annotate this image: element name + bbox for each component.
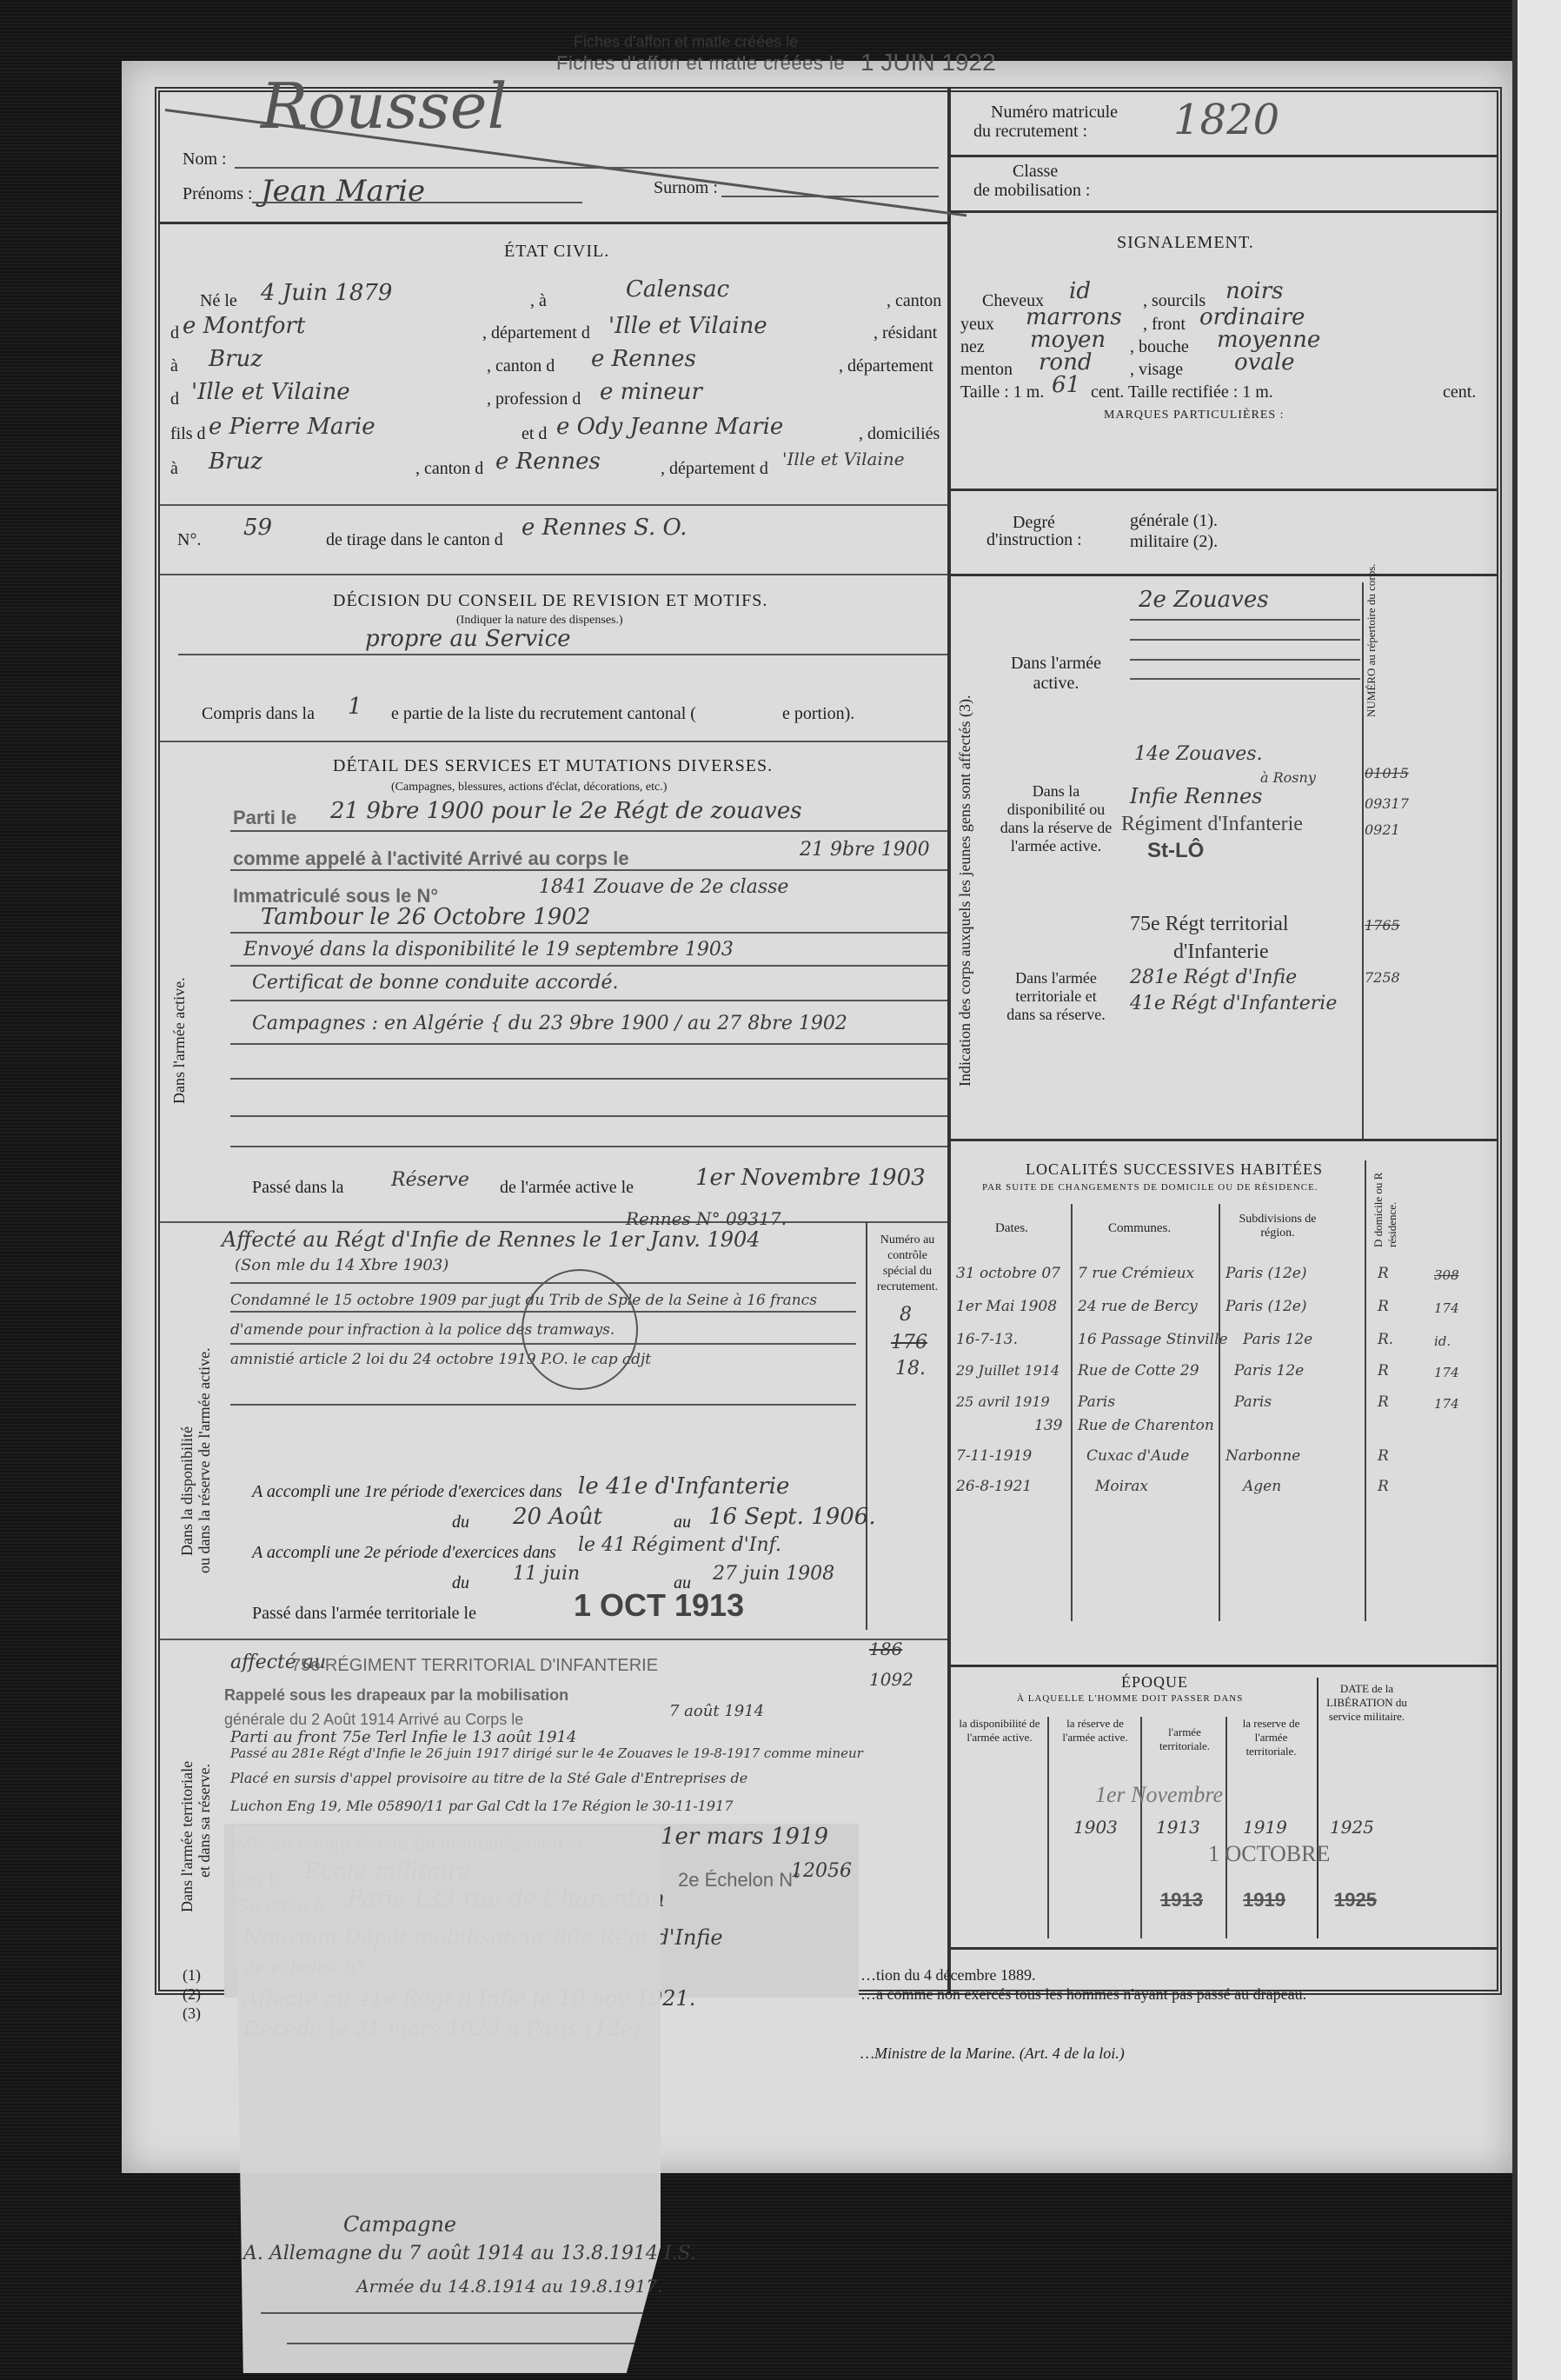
periode2-unit: le 41 Régiment d'Inf.	[578, 1534, 781, 1556]
disponibilite-side-label-1: Dans la disponibilité	[178, 1243, 196, 1556]
disponibilite-side-label-2: ou dans la réserve de l'armée active.	[196, 1226, 214, 1573]
residence-departement-label: , département	[839, 356, 933, 376]
prenoms-line	[252, 202, 582, 203]
loc-row-2-date: 1er Mai 1908	[956, 1298, 1057, 1315]
corps-terr-entry-3: 281e Régt d'Infie	[1130, 967, 1297, 988]
services-side-label: Dans l'armée active.	[170, 878, 189, 1104]
ruled-line	[1130, 678, 1360, 680]
ruled-line	[230, 1000, 947, 1001]
terr-line-3-hand: 7 août 1914	[669, 1702, 764, 1720]
controle-value-3: 18.	[895, 1358, 926, 1379]
ruled-line	[230, 932, 947, 934]
col-divider	[1140, 1717, 1142, 1938]
services-line-2-hand: 21 9bre 1900	[800, 839, 930, 861]
periode2-du: 11 juin	[513, 1563, 580, 1585]
footnote-line-3: …Ministre de la Marine. (Art. 4 de la lo…	[860, 2044, 1125, 2063]
territoriale-side-label-2: et dans sa réserve.	[196, 1704, 214, 1878]
services-line-6-hand: Certificat de bonne conduite accordé.	[252, 972, 618, 994]
territoriale-label: Passé dans l'armée territoriale le	[252, 1604, 476, 1624]
birth-date: 4 Juin 1879	[261, 280, 392, 306]
loc-row-5-subdivision: Paris	[1234, 1393, 1272, 1411]
services-line-5-hand: Envoyé dans la disponibilité le 19 septe…	[243, 939, 734, 961]
canton-label: , canton	[887, 291, 941, 311]
adjacent-page-edge	[1512, 0, 1561, 2380]
residence-a-label: à	[170, 356, 178, 376]
loc-row-3-commune: 16 Passage Stinville	[1078, 1331, 1228, 1348]
classe-label-2: de mobilisation :	[973, 181, 1090, 201]
column-divider	[947, 87, 951, 1995]
profession-label: , profession d	[487, 389, 581, 409]
section-divider	[160, 1639, 947, 1640]
corps-dispo-entry-2: Infie Rennes	[1130, 784, 1262, 808]
compris-label: Compris dans la	[202, 704, 315, 724]
epoque-col-2: la réserve de l'armée active.	[1052, 1717, 1139, 1745]
loc-row-6-commune: Rue de Charenton	[1078, 1417, 1214, 1434]
yeux-label: yeux	[960, 315, 994, 335]
profession-value: e mineur	[600, 379, 702, 405]
liberation-header: DATE de la LIBÉRATION du service militai…	[1325, 1682, 1408, 1724]
territoriale-stamp: 1 OCT 1913	[574, 1587, 744, 1624]
epoque-year-territoriale: 1913	[1156, 1817, 1200, 1838]
loc-row-1-subdivision: Paris (12e)	[1226, 1265, 1306, 1282]
section-divider	[951, 1139, 1497, 1141]
loc-row-3-margin: id.	[1434, 1333, 1451, 1349]
domicilies-label: , domiciliés	[859, 424, 940, 444]
loc-row-8-commune: Moirax	[1095, 1478, 1148, 1495]
father-name: e Pierre Marie	[209, 414, 375, 440]
epoque-col-4: la reserve de l'armée territoriale.	[1230, 1717, 1312, 1758]
stamp-text: Fiches d'affon et matle créées le	[556, 52, 845, 75]
loc-row-4-commune: Rue de Cotte 29	[1078, 1362, 1199, 1379]
epoque-year-reserve: 1903	[1073, 1817, 1118, 1838]
footnote-marker-2: (2)	[183, 1985, 201, 2004]
matricule-label-1: Numéro matricule	[991, 103, 1118, 123]
periode1-au: 16 Sept. 1906.	[708, 1504, 876, 1530]
services-line-3-hand: 1841 Zouave de 2e classe	[539, 876, 788, 898]
section-divider	[951, 489, 1497, 491]
col-divider	[1071, 1204, 1073, 1621]
periode2-au: 27 juin 1908	[713, 1563, 834, 1585]
a-label: , à	[530, 291, 547, 311]
loc-row-2-commune: 24 rue de Bercy	[1078, 1298, 1198, 1315]
surnom-line	[721, 196, 939, 197]
loc-row-3-date: 16-7-13.	[956, 1331, 1018, 1348]
tirage-label: de tirage dans le canton d	[326, 530, 503, 550]
localites-title: LOCALITÉS SUCCESSIVES HABITÉES	[1026, 1160, 1323, 1179]
round-official-stamp	[521, 1269, 638, 1390]
loc-row-7-dr: R	[1378, 1447, 1389, 1465]
loc-row-8-date: 26-8-1921	[956, 1478, 1032, 1495]
campaign-note-heading: Campagne	[343, 2212, 456, 2237]
ruled-line	[230, 1404, 856, 1406]
col-divider	[1365, 1160, 1366, 1621]
compris-suffix: e partie de la liste du recrutement cant…	[391, 704, 696, 724]
residant-label: , résidant	[873, 323, 937, 343]
terr-line-3-printed: générale du 2 Août 1914 Arrivé au Corps …	[224, 1711, 523, 1729]
terr-line-6: Placé en sursis d'appel provisoire au ti…	[230, 1770, 747, 1786]
campaign-note-line-2: Armée du 14.8.1914 au 19.8.1917.	[356, 2276, 663, 2297]
epoque-title: ÉPOQUE	[1121, 1673, 1188, 1692]
visage-value: ovale	[1234, 349, 1295, 376]
echelon-label: 2e Échelon N°	[678, 1869, 800, 1891]
sourcils-value: noirs	[1226, 278, 1284, 304]
loc-row-2-margin: 174	[1434, 1300, 1459, 1316]
disponibilite-line-2: (Son mle du 14 Xbre 1903)	[235, 1256, 448, 1274]
generale-label: générale (1).	[1130, 511, 1218, 531]
loc-row-4-date: 29 Juillet 1914	[956, 1362, 1059, 1379]
matricule-number: 1820	[1173, 96, 1279, 144]
fiche-creation-stamp: Fiches d'affon et matle créées le Fiches…	[521, 43, 1130, 78]
col-divider	[1317, 1678, 1319, 1938]
epoque-year-liberation: 1925	[1330, 1817, 1374, 1838]
corps-terr-number-1: 1765	[1365, 917, 1400, 934]
passe-suffix: de l'armée active le	[500, 1178, 634, 1198]
stamped-year-territoriale: 1913	[1160, 1889, 1203, 1911]
stamp-date: 1 JUIN 1922	[860, 49, 996, 76]
passe-label: Passé dans la	[252, 1178, 344, 1198]
militaire-label: militaire (2).	[1130, 532, 1218, 552]
corps-section-active-label: Dans l'armée active.	[1000, 654, 1113, 694]
services-line-2-printed: comme appelé à l'activité Arrivé au corp…	[233, 848, 629, 870]
birth-place: Calensac	[626, 276, 729, 302]
front-label: , front	[1143, 315, 1186, 335]
section-divider	[951, 574, 1497, 576]
terr-line-4: Parti au front 75e Terl Infie le 13 août…	[230, 1728, 576, 1746]
loc-row-7-date: 7-11-1919	[956, 1447, 1032, 1465]
loc-row-2-dr: R	[1378, 1298, 1389, 1315]
section-divider	[160, 1221, 947, 1223]
corps-dispo-entry-3: à Rosny	[1260, 769, 1316, 786]
epoque-col-1: la disponibilité de l'armée active.	[956, 1717, 1043, 1745]
loc-row-7-subdivision: Narbonne	[1226, 1447, 1300, 1465]
ruled-line	[230, 830, 947, 832]
loc-row-1-commune: 7 rue Crémieux	[1078, 1265, 1194, 1282]
prenoms-value: Jean Marie	[261, 174, 425, 209]
localites-col-subdivisions: Subdivisions de région.	[1234, 1213, 1321, 1240]
corps-dispo-entry-4: Régiment d'Infanterie	[1121, 813, 1303, 836]
corps-terr-entry-4: 41e Régt d'Infanterie	[1130, 993, 1337, 1014]
loc-row-5-date: 25 avril 1919	[956, 1393, 1050, 1410]
residence-canton: e Rennes	[591, 346, 696, 372]
corps-section-terr-label: Dans l'armée territoriale et dans sa rés…	[1000, 969, 1113, 1024]
ne-le-label: Né le	[200, 291, 237, 311]
matricule-label-2: du recrutement :	[973, 122, 1087, 142]
section-divider	[951, 155, 1497, 157]
loc-row-1-dr: R	[1378, 1265, 1389, 1282]
section-divider	[951, 1665, 1497, 1667]
classe-label-1: Classe	[1013, 162, 1058, 182]
ruled-line	[1130, 619, 1360, 621]
periode1-label: A accompli une 1re période d'exercices d…	[252, 1482, 562, 1502]
visage-label: , visage	[1130, 360, 1183, 380]
loc-row-8-subdivision: Agen	[1243, 1478, 1281, 1495]
signalement-title: SIGNALEMENT.	[1117, 233, 1254, 253]
corps-active-entry-1: 2e Zouaves	[1139, 587, 1269, 613]
epoque-stamp-octobre: 1 OCTOBRE	[1208, 1841, 1330, 1867]
section-divider	[160, 504, 947, 506]
corps-dispo-number-2: 09317	[1365, 795, 1409, 812]
residence-departement: 'Ille et Vilaine	[191, 379, 350, 405]
territoriale-side-label-1: Dans l'armée territoriale	[178, 1669, 196, 1912]
parents-a-label: à	[170, 459, 178, 479]
loc-row-1-date: 31 octobre 07	[956, 1265, 1060, 1282]
ruled-line	[1130, 639, 1360, 641]
taille-label: Taille : 1 m.	[960, 382, 1044, 402]
epoque-col-3: l'armée territoriale.	[1146, 1725, 1224, 1753]
section-divider	[951, 210, 1497, 213]
periode1-du: 20 Août	[513, 1504, 602, 1530]
portion-suffix: e portion).	[782, 704, 854, 724]
section-divider	[160, 741, 947, 742]
instruction-label-2: d'instruction :	[986, 530, 1082, 550]
loc-row-3-dr: R.	[1378, 1331, 1393, 1348]
decision-line	[178, 654, 947, 655]
terr-line-1-printed: 75e RÉGIMENT TERRITORIAL D'INFANTERIE	[291, 1656, 658, 1676]
corps-terr-entry-1: 75e Régt territorial	[1130, 913, 1289, 936]
parents-departement: 'Ille et Vilaine	[782, 449, 905, 469]
residence-canton-label: , canton d	[487, 356, 555, 376]
terr-line-5: Passé au 281e Régt d'Infie le 26 juin 19…	[230, 1745, 863, 1761]
loc-row-4-margin: 174	[1434, 1365, 1459, 1380]
periode2-du-label: du	[452, 1573, 469, 1593]
conseil-title: DÉCISION DU CONSEIL DE REVISION ET MOTIF…	[333, 591, 767, 611]
ruled-line	[230, 1043, 947, 1045]
controle-header: Numéro au contrôle spécial du recrutemen…	[869, 1233, 946, 1295]
col-divider	[1047, 1717, 1049, 1938]
terr-line-2-printed: Rappelé sous les drapeaux par la mobilis…	[224, 1686, 568, 1705]
col-divider	[1219, 1204, 1220, 1621]
note-ruled-line	[261, 2312, 643, 2314]
loc-row-5-margin: 174	[1434, 1396, 1459, 1412]
mother-name: e Ody Jeanne Marie	[556, 414, 783, 440]
bouche-label: , bouche	[1130, 337, 1189, 357]
d-label: d	[170, 323, 179, 343]
passe-date: 1er Novembre 1903	[695, 1165, 926, 1191]
terr-number-1: 186	[869, 1639, 902, 1659]
loc-row-6-date: 139	[1034, 1417, 1062, 1434]
departement-label: , département d	[482, 323, 590, 343]
demob-date: 1er mars 1919	[661, 1824, 828, 1850]
corps-side-label: Indication des corps auxquels les jeunes…	[956, 600, 974, 1087]
loc-row-4-subdivision: Paris 12e	[1234, 1362, 1304, 1379]
terr-line-7: Luchon Eng 19, Mle 05890/11 par Gal Cdt …	[230, 1798, 733, 1814]
stamped-year-reserve-territoriale: 1919	[1243, 1889, 1285, 1911]
footnote-marker-1: (1)	[183, 1966, 201, 1984]
parents-departement-label: , département d	[661, 459, 768, 479]
col-divider	[1226, 1717, 1227, 1938]
birth-canton: e Montfort	[183, 313, 305, 339]
prenoms-label: Prénoms :	[183, 184, 253, 204]
birth-departement: 'Ille et Vilaine	[608, 313, 767, 339]
taille-rectifiee-label: cent. Taille rectifiée : 1 m.	[1091, 382, 1273, 402]
etat-civil-title: ÉTAT CIVIL.	[504, 242, 609, 262]
menton-label: menton	[960, 360, 1013, 380]
faint-stamp-text: Fiches d'affon et matle créées le	[574, 33, 798, 51]
loc-row-2-subdivision: Paris (12e)	[1226, 1298, 1306, 1315]
controle-value-1: 8	[900, 1304, 912, 1326]
section-divider	[160, 574, 947, 575]
services-title: DÉTAIL DES SERVICES ET MUTATIONS DIVERSE…	[333, 756, 773, 776]
loc-row-5-dr: R	[1378, 1393, 1389, 1411]
footnote-marker-3: (3)	[183, 2004, 201, 2023]
taille-value: 61	[1052, 372, 1080, 398]
corps-terr-entry-2: d'Infanterie	[1173, 941, 1269, 964]
surnom-label: Surnom :	[654, 178, 718, 198]
tirage-number: 59	[243, 515, 272, 541]
services-line-1-hand: 21 9bre 1900 pour le 2e Régt de zouaves	[330, 798, 802, 824]
residence-value: Bruz	[209, 346, 262, 372]
fils-label: fils d	[170, 424, 206, 444]
localites-col-dr: D domicile ou R résidence.	[1372, 1160, 1406, 1247]
ruled-line	[230, 1146, 947, 1147]
periode1-au-label: au	[674, 1512, 691, 1532]
note-ruled-line	[287, 2343, 634, 2344]
nez-label: nez	[960, 337, 985, 357]
corps-dispo-entry-1: 14e Zouaves.	[1134, 743, 1263, 765]
corps-dispo-number-3: 0921	[1365, 821, 1400, 838]
localites-subtitle: PAR SUITE DE CHANGEMENTS DE DOMICILE OU …	[982, 1182, 1319, 1193]
epoque-stamp-month: 1er Novembre	[1095, 1782, 1223, 1808]
residence-d-label: d	[170, 389, 179, 409]
section-divider	[160, 222, 947, 224]
footnote-line-2: …a comme non exercés tous les hommes n'a…	[860, 1985, 1306, 2004]
ruled-line	[230, 965, 947, 967]
services-line-4-hand: Tambour le 26 Octobre 1902	[261, 904, 590, 930]
periode1-unit: le 41e d'Infanterie	[578, 1473, 789, 1499]
disponibilite-line-1: Affecté au Régt d'Infie de Rennes le 1er…	[222, 1227, 761, 1252]
disponibilite-line-3: Condamné le 15 octobre 1909 par jugt du …	[230, 1292, 817, 1309]
loc-row-3-subdivision: Paris 12e	[1243, 1331, 1312, 1348]
tirage-canton: e Rennes S. O.	[521, 515, 688, 541]
nom-label: Nom :	[183, 150, 227, 170]
sourcils-label: , sourcils	[1143, 291, 1206, 311]
footnote-line-1: …tion du 4 décembre 1889.	[860, 1966, 1035, 1984]
form-frame	[155, 87, 1502, 1995]
corps-dispo-number-1: 01015	[1365, 765, 1409, 781]
periode1-du-label: du	[452, 1512, 469, 1532]
tirage-no-label: N°.	[177, 530, 201, 550]
marques-title: MARQUES PARTICULIÈRES :	[1104, 409, 1285, 422]
services-line-1-printed: Parti le	[233, 807, 296, 829]
localites-col-dates: Dates.	[995, 1221, 1028, 1236]
nom-value: Roussel	[261, 70, 507, 143]
cent-label: cent.	[1443, 382, 1476, 402]
services-subtitle: (Campagnes, blessures, actions d'éclat, …	[391, 781, 667, 794]
passe-value: Réserve	[391, 1169, 469, 1191]
services-line-7-hand: Campagnes : en Algérie { du 23 9bre 1900…	[252, 1013, 847, 1034]
compris-value: 1	[348, 694, 362, 720]
nom-line	[235, 167, 939, 169]
numero-repertoire-header: NUMÉRO au répertoire du corps.	[1365, 587, 1378, 717]
corps-section-dispo-label: Dans la disponibilité ou dans la réserve…	[1000, 782, 1113, 855]
corps-dispo-entry-5: St-LÔ	[1147, 839, 1204, 863]
ruled-line	[1130, 659, 1360, 661]
conseil-decision: propre au Service	[365, 626, 571, 652]
echelon-value: 12056	[791, 1860, 852, 1882]
controle-divider	[866, 1221, 867, 1630]
controle-value-2: 176	[891, 1332, 927, 1353]
loc-row-8-dr: R	[1378, 1478, 1389, 1495]
stamped-year-liberation: 1925	[1334, 1889, 1377, 1911]
loc-row-1-margin: 308	[1434, 1267, 1459, 1283]
ruled-line	[230, 1078, 947, 1080]
periode2-label: A accompli une 2e période d'exercices da…	[252, 1543, 556, 1563]
parents-canton-label: , canton d	[415, 459, 483, 479]
terr-number-2: 1092	[869, 1669, 913, 1690]
parents-canton: e Rennes	[495, 449, 601, 475]
ruled-line	[230, 869, 947, 871]
loc-row-7-commune: Cuxac d'Aude	[1086, 1447, 1189, 1465]
epoque-subtitle: À LAQUELLE L'HOMME DOIT PASSER DANS	[1017, 1693, 1243, 1704]
localites-col-communes: Communes.	[1108, 1221, 1171, 1236]
section-divider	[951, 1947, 1497, 1950]
campaign-note-line-1: A. Allemagne du 7 août 1914 au 13.8.1914…	[243, 2243, 696, 2264]
loc-row-5-commune: Paris	[1078, 1393, 1115, 1411]
numero-column-divider	[1362, 582, 1364, 1139]
corps-terr-number-2: 7258	[1365, 969, 1400, 986]
cheveux-value: id	[1069, 278, 1091, 304]
parents-residence: Bruz	[209, 449, 262, 475]
epoque-year-reserve-territoriale: 1919	[1243, 1817, 1287, 1838]
et-label: et d	[521, 424, 547, 444]
disponibilite-header-note: Rennes N° 09317.	[626, 1208, 787, 1229]
ruled-line	[230, 1115, 947, 1117]
loc-row-4-dr: R	[1378, 1362, 1389, 1379]
